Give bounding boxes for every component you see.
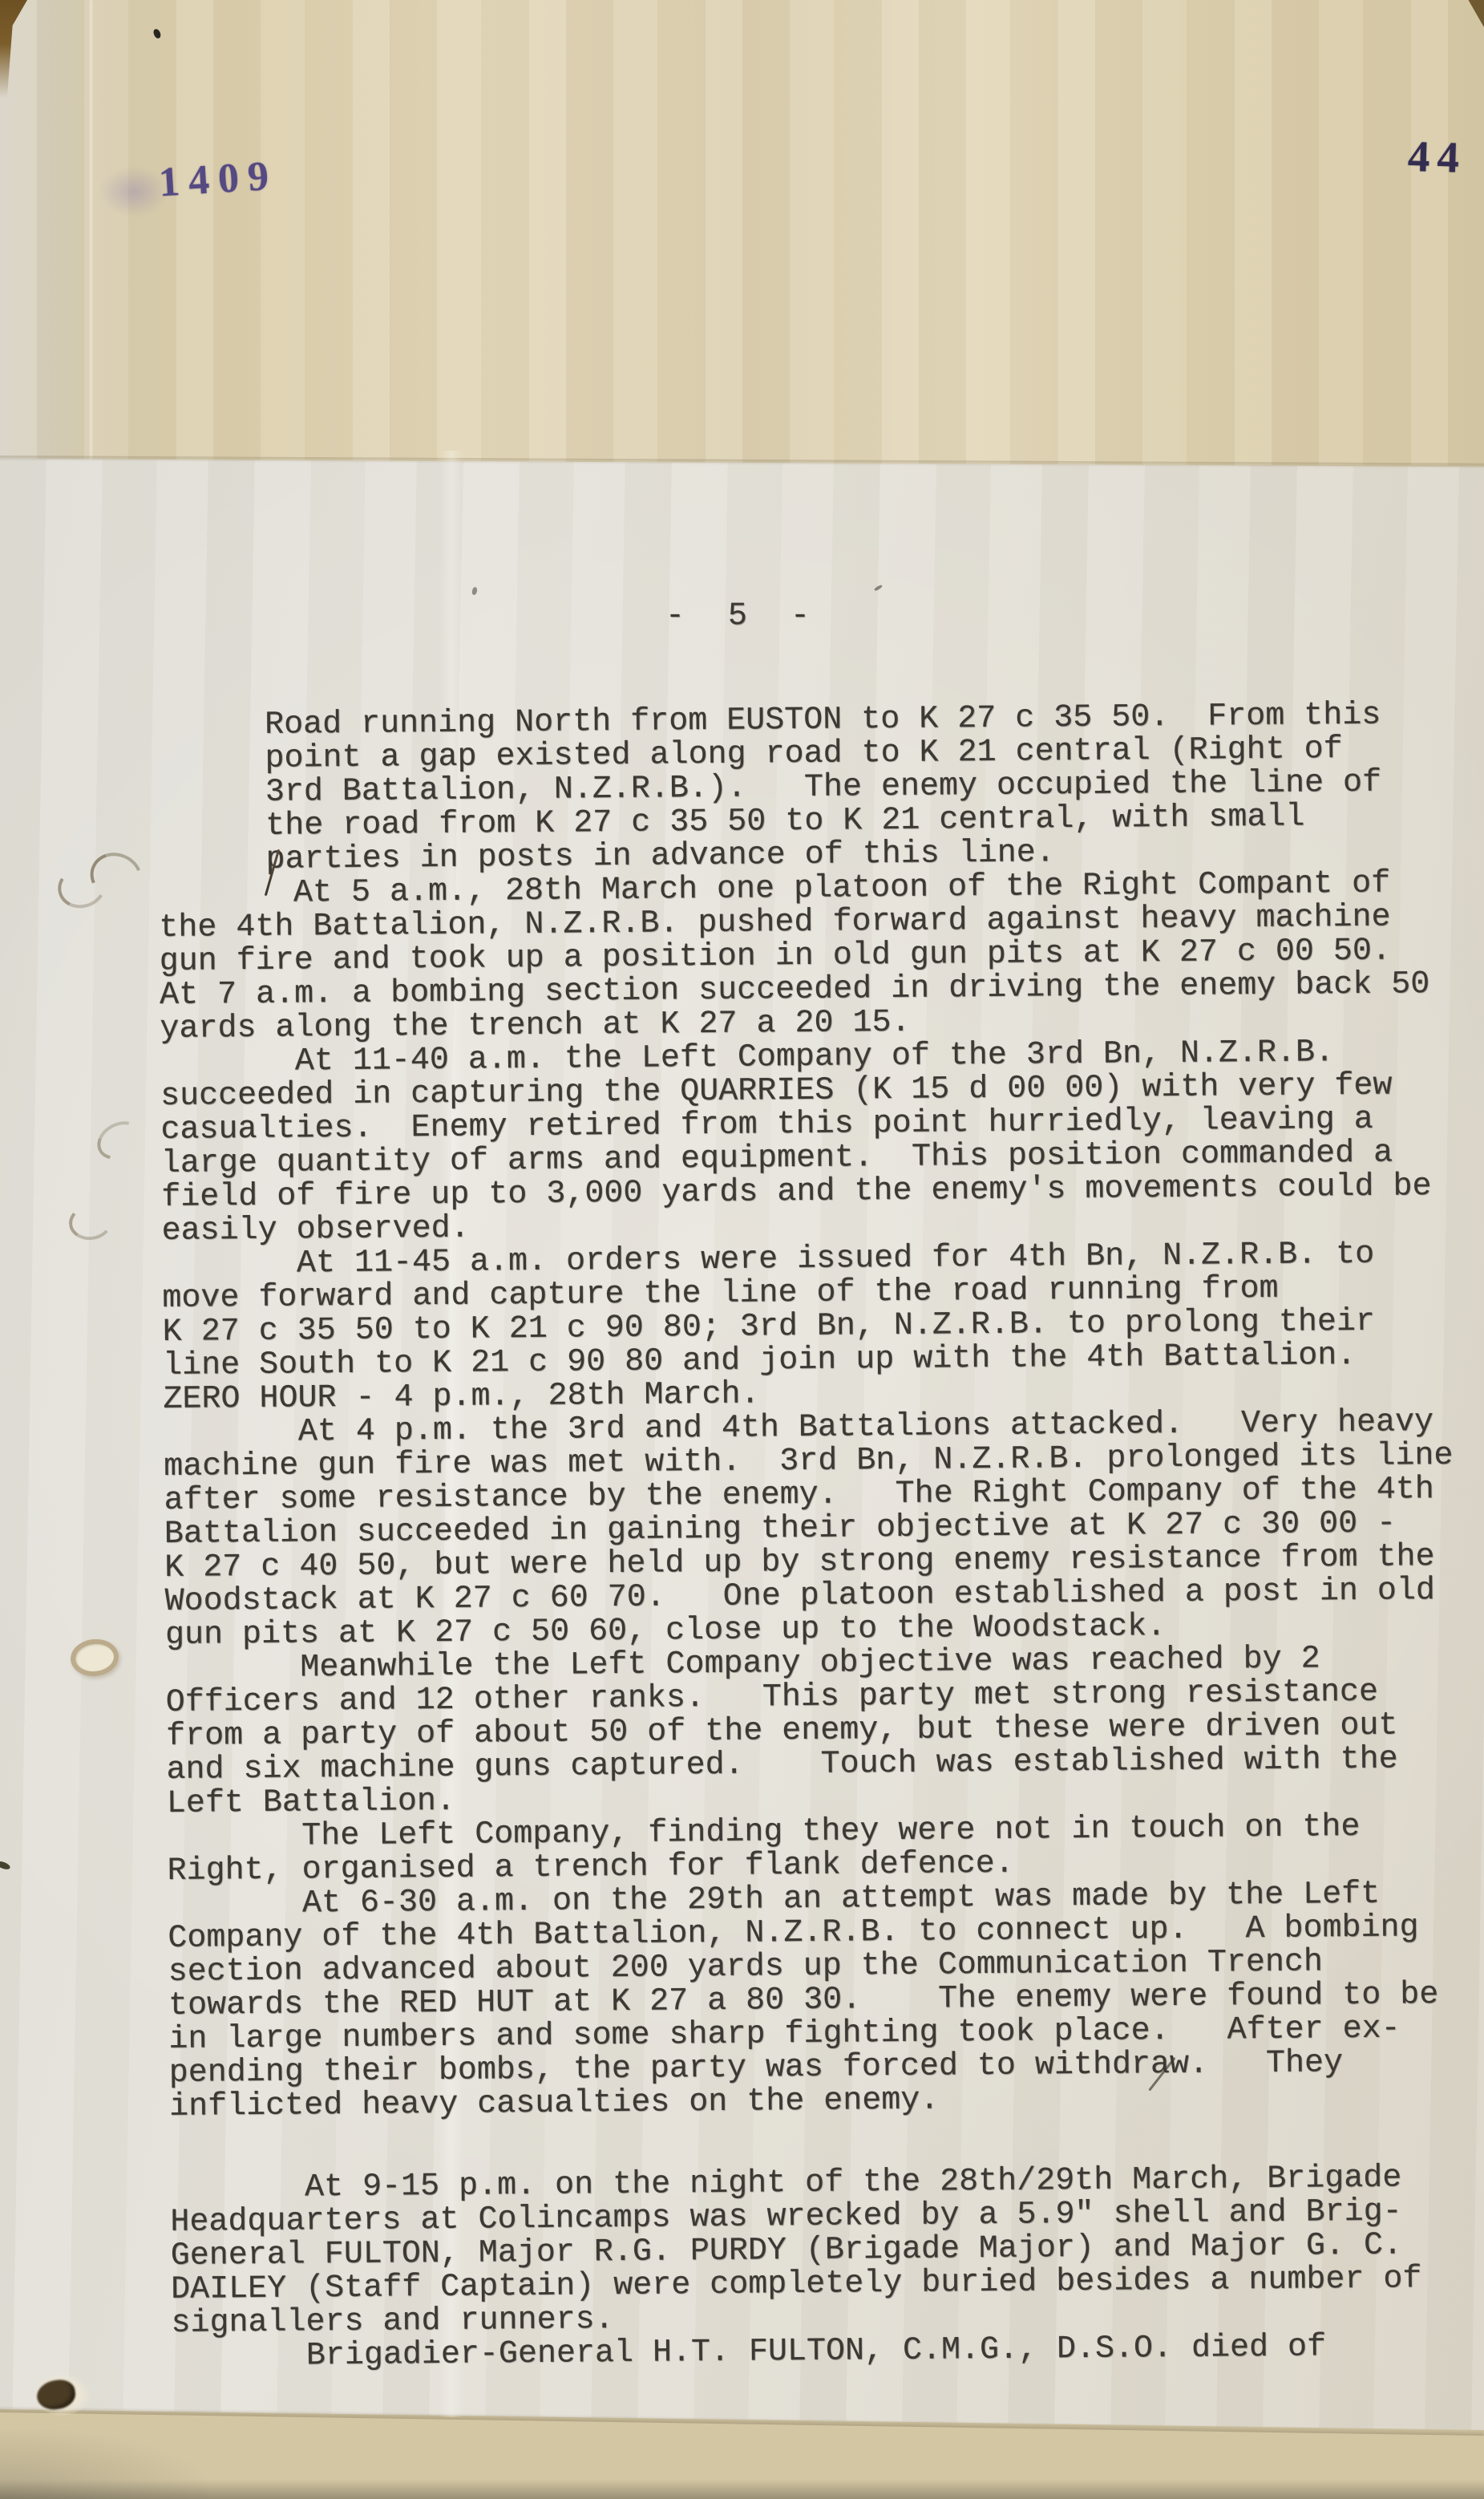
bottom-edge-shadow [0,2480,1484,2499]
folio-number: 44 [1407,131,1467,183]
paragraph-2: At 5 a.m., 28th March one platoon of the… [159,867,1480,1047]
paragraph-6: Meanwhile the Left Company objective was… [165,1642,1484,1821]
page-number: - 5 - [665,600,811,634]
backing-paper-top [0,0,1484,465]
typed-text: Road running North from EUSTON to K 27 c… [157,699,1484,2375]
scanned-war-diary-page: 1409 44 - 5 - Road running North from EU… [0,0,1484,2499]
paragraph-3: At 11-40 a.m. the Left Company of the 3r… [160,1035,1482,1249]
paragraph-8: At 6-30 a.m. on the 29th an attempt was … [168,1877,1484,2124]
paragraph-4: At 11-45 a.m. orders were issued for 4th… [162,1237,1483,1417]
paper-crease [90,0,92,462]
paragraph-9: At 9-15 p.m. on the night of the 28th/29… [170,2161,1484,2341]
archive-stamp-number: 1409 [157,152,278,207]
paragraph-1: Road running North from EUSTON to K 27 c… [265,699,1478,877]
paragraph-5: At 4 p.m. the 3rd and 4th Battalions att… [164,1406,1484,1653]
